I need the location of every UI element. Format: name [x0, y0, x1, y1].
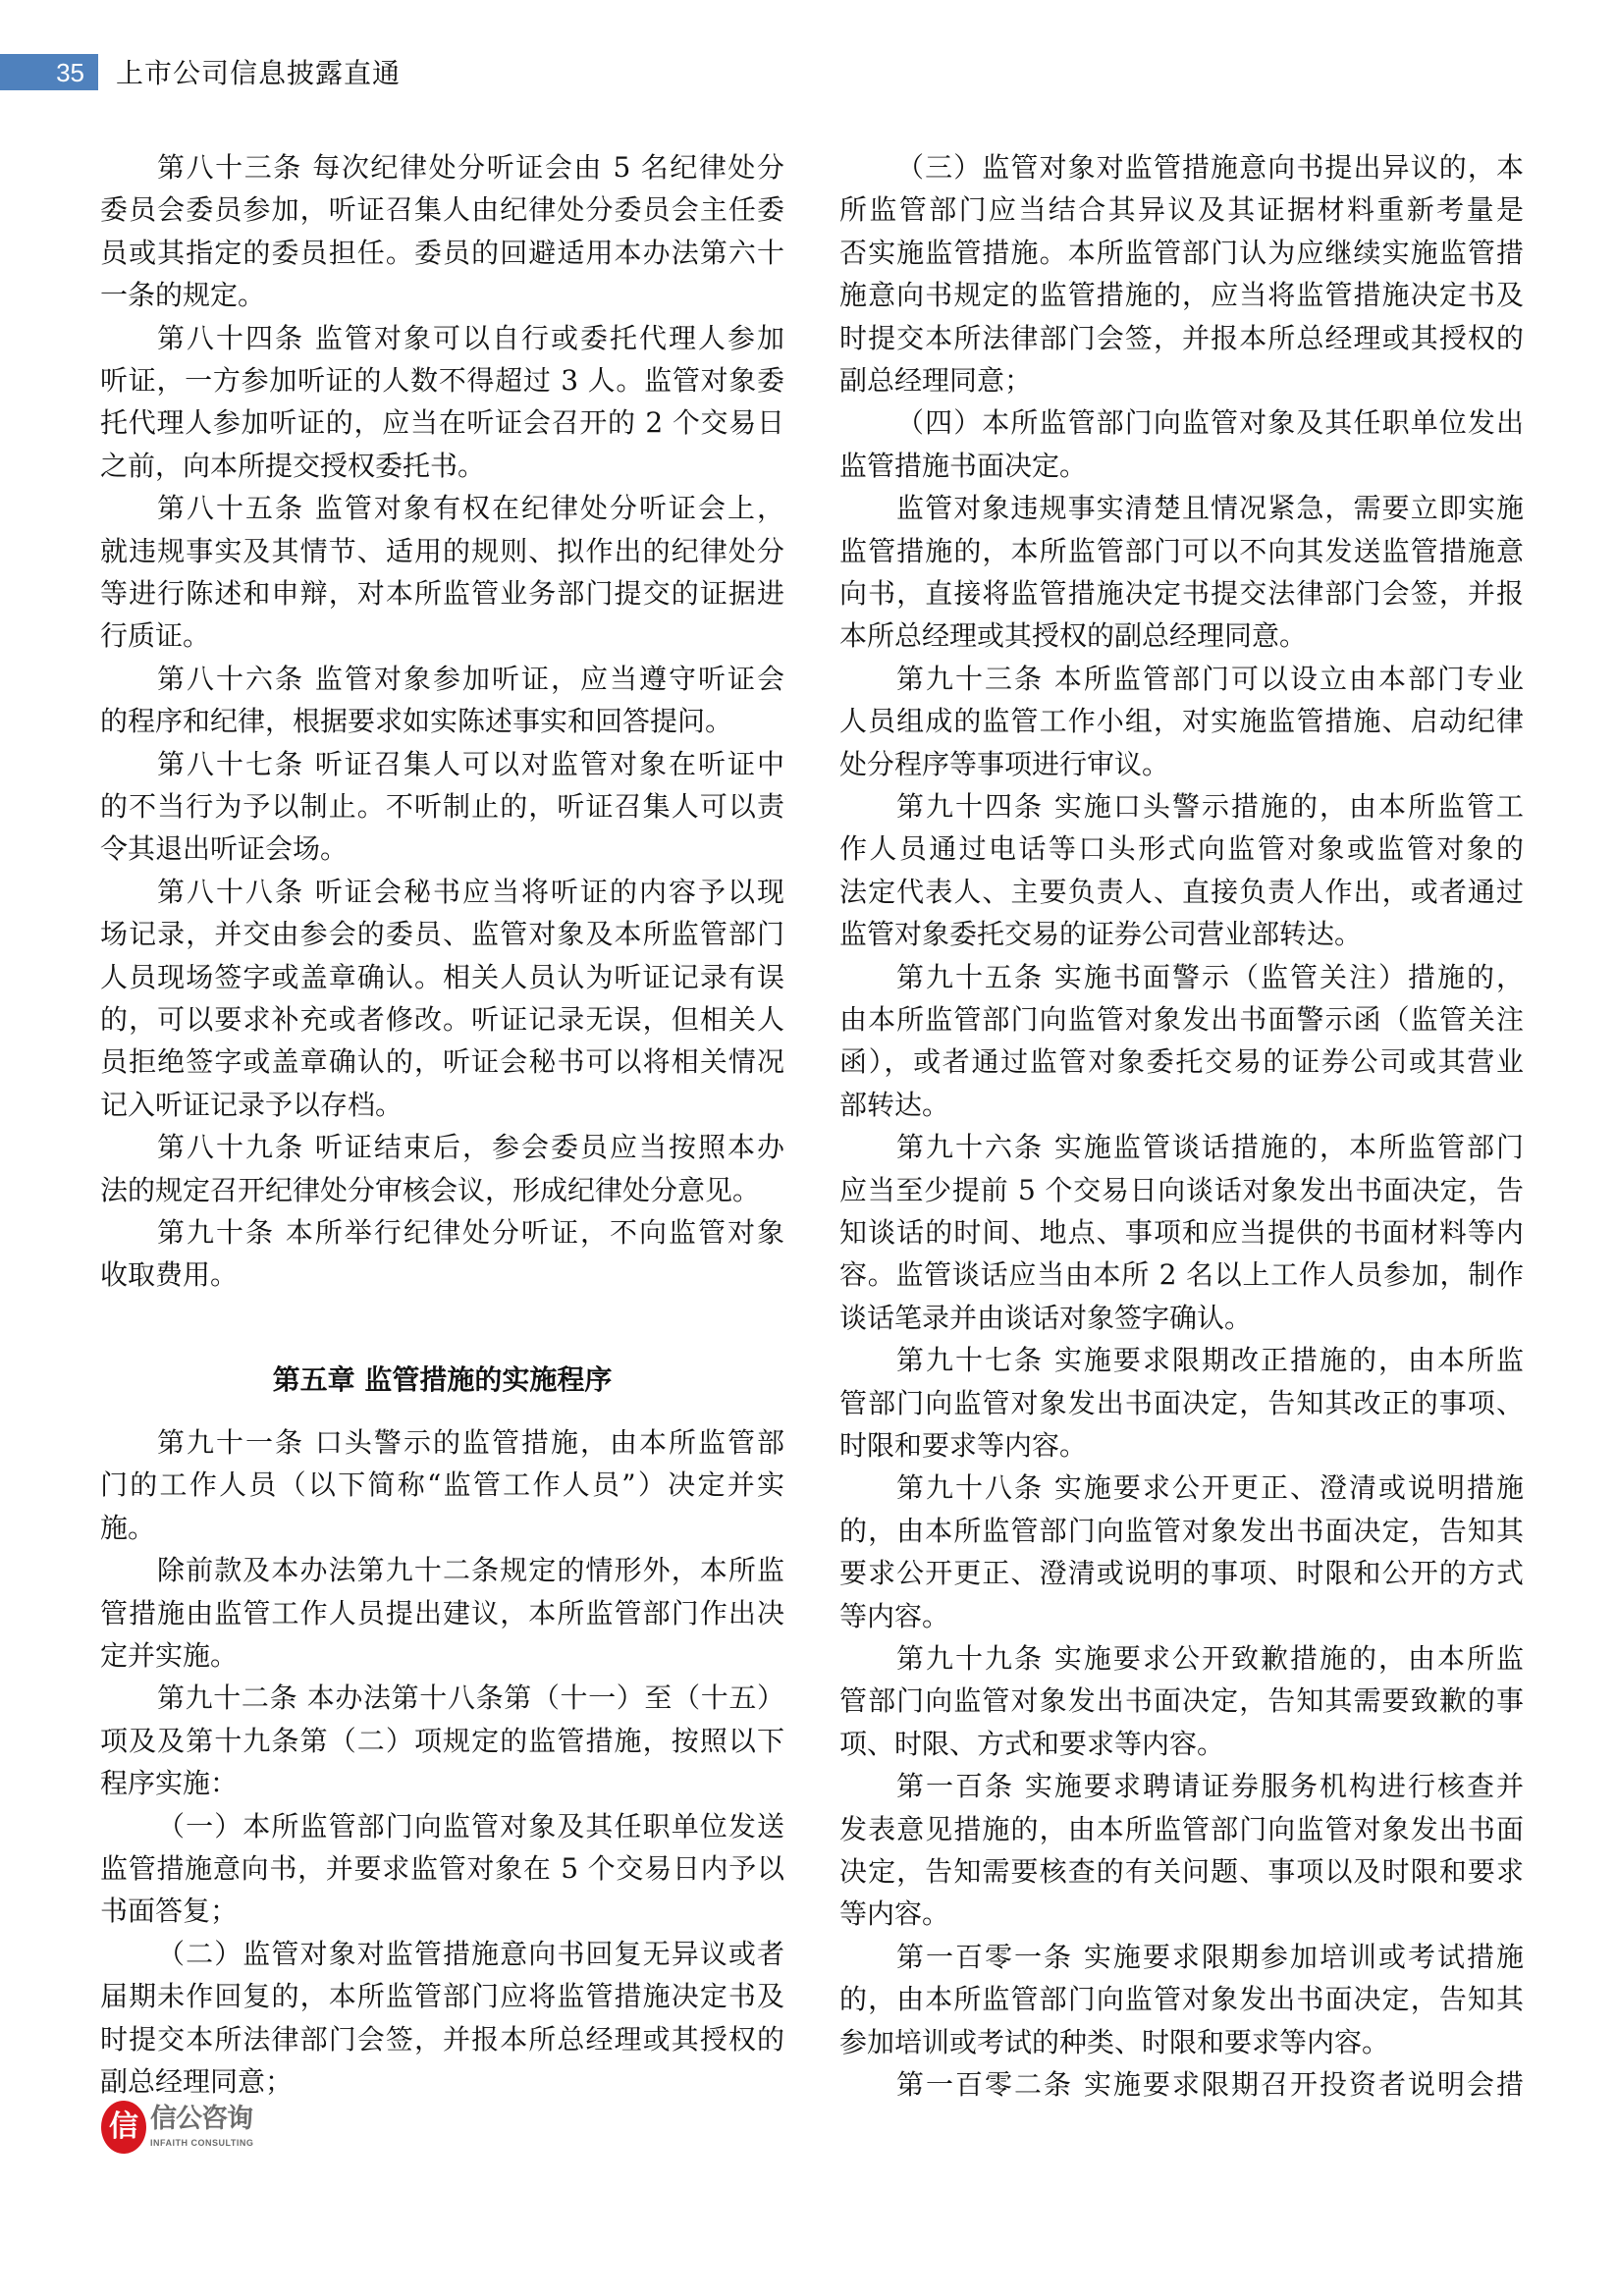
paragraph-first-line: 第八十七条 听证召集人可以对监管对象在听证中 — [100, 743, 784, 785]
text-line: 届期未作回复的，本所监管部门应将监管措施决定书及 — [100, 1975, 784, 2017]
text-line: 所监管部门应当结合其异议及其证据材料重新考量是 — [839, 188, 1524, 231]
paragraph-first-line: （二）监管对象对监管措施意向书回复无异议或者 — [100, 1933, 784, 1975]
text-line: 场记录，并交由参会的委员、监管对象及本所监管部门 — [100, 913, 784, 955]
paragraph-first-line: 第八十五条 监管对象有权在纪律处分听证会上， — [100, 487, 784, 529]
text-line: 管部门向监管对象发出书面决定，告知其改正的事项、 — [839, 1382, 1524, 1424]
logo-mark-glyph: 信 — [109, 2112, 138, 2142]
paragraph-first-line: 第九十七条 实施要求限期改正措施的，由本所监 — [839, 1339, 1524, 1381]
paragraph-first-line: 第九十三条 本所监管部门可以设立由本部门专业 — [839, 658, 1524, 700]
text-line: 法的规定召开纪律处分审核会议，形成纪律处分意见。 — [100, 1169, 784, 1211]
text-line: 要求公开更正、澄清或说明的事项、时限和公开的方式 — [839, 1552, 1524, 1594]
text-line: 函），或者通过监管对象委托交易的证券公司或其营业 — [839, 1041, 1524, 1083]
paragraph-first-line: 第一百零二条 实施要求限期召开投资者说明会措 — [839, 2063, 1524, 2106]
text-line: 副总经理同意； — [100, 2060, 784, 2103]
text-line: 谈话笔录并由谈话对象签字确认。 — [839, 1297, 1524, 1339]
paragraph-first-line: （四）本所监管部门向监管对象及其任职单位发出 — [839, 401, 1524, 444]
text-line: 一条的规定。 — [100, 274, 784, 316]
text-line: 定并实施。 — [100, 1634, 784, 1677]
text-line: 的程序和纪律，根据要求如实陈述事实和回答提问。 — [100, 700, 784, 742]
text-line: 项、时限、方式和要求等内容。 — [839, 1723, 1524, 1765]
text-line: 人员组成的监管工作小组，对实施监管措施、启动纪律 — [839, 700, 1524, 742]
paragraph-first-line: 第九十八条 实施要求公开更正、澄清或说明措施 — [839, 1467, 1524, 1509]
text-line: 的，可以要求补充或者修改。听证记录无误，但相关人 — [100, 998, 784, 1041]
text-line: 监管措施书面决定。 — [839, 445, 1524, 487]
text-line: 等内容。 — [839, 1893, 1524, 1935]
text-line: 施意向书规定的监管措施的，应当将监管措施决定书及 — [839, 274, 1524, 316]
paragraph-first-line: 第八十三条 每次纪律处分听证会由 5 名纪律处分 — [100, 146, 784, 188]
paragraph-first-line: 第一百零一条 实施要求限期参加培训或考试措施 — [839, 1936, 1524, 1978]
text-line: 法定代表人、主要负责人、直接负责人作出，或者通过 — [839, 871, 1524, 913]
infaith-logo-icon: 信 — [101, 2101, 146, 2154]
paragraph-first-line: 第九十二条 本办法第十八条第（十一）至（十五） — [100, 1677, 784, 1719]
paragraph-first-line: 第八十六条 监管对象参加听证，应当遵守听证会 — [100, 658, 784, 700]
text-line: 容。监管谈话应当由本所 2 名以上工作人员参加，制作 — [839, 1254, 1524, 1296]
text-line: 的不当行为予以制止。不听制止的，听证召集人可以责 — [100, 785, 784, 828]
text-line: 等进行陈述和申辩，对本所监管业务部门提交的证据进 — [100, 572, 784, 614]
paragraph-first-line: 第八十四条 监管对象可以自行或委托代理人参加 — [100, 317, 784, 359]
text-line: 时提交本所法律部门会签，并报本所总经理或其授权的 — [100, 2018, 784, 2060]
text-line: 员拒绝签字或盖章确认的，听证会秘书可以将相关情况 — [100, 1041, 784, 1083]
text-line: 应当至少提前 5 个交易日向谈话对象发出书面决定，告 — [839, 1169, 1524, 1211]
text-line: 管措施由监管工作人员提出建议，本所监管部门作出决 — [100, 1592, 784, 1634]
page-number: 35 — [56, 60, 84, 85]
paragraph-first-line: 第九十五条 实施书面警示（监管关注）措施的， — [839, 956, 1524, 998]
text-line: 监管对象委托交易的证券公司营业部转达。 — [839, 913, 1524, 955]
text-line: 向书，直接将监管措施决定书提交法律部门会签，并报 — [839, 572, 1524, 614]
text-line: 决定，告知需要核查的有关问题、事项以及时限和要求 — [839, 1850, 1524, 1893]
text-line: 管部门向监管对象发出书面决定，告知其需要致歉的事 — [839, 1680, 1524, 1722]
text-line: 人员现场签字或盖章确认。相关人员认为听证记录有误 — [100, 956, 784, 998]
text-line: 本所总经理或其授权的副总经理同意。 — [839, 614, 1524, 657]
text-line: 由本所监管部门向监管对象发出书面警示函（监管关注 — [839, 998, 1524, 1041]
publication-title: 上市公司信息披露直通 — [116, 55, 401, 91]
text-line: 之前，向本所提交授权委托书。 — [100, 445, 784, 487]
text-line: 时提交本所法律部门会签，并报本所总经理或其授权的 — [839, 317, 1524, 359]
paragraph-first-line: 第八十八条 听证会秘书应当将听证的内容予以现 — [100, 871, 784, 913]
text-line: 委员会委员参加，听证召集人由纪律处分委员会主任委 — [100, 188, 784, 231]
text-line: 的，由本所监管部门向监管对象发出书面决定，告知其 — [839, 1510, 1524, 1552]
text-line: 处分程序等事项进行审议。 — [839, 743, 1524, 785]
logo-name-en: INFAITH CONSULTING — [150, 2138, 253, 2148]
text-line: 项及及第十九条第（二）项规定的监管措施，按照以下 — [100, 1720, 784, 1762]
text-line: 副总经理同意； — [839, 359, 1524, 401]
text-line: 门的工作人员（以下简称“监管工作人员”）决定并实 — [100, 1464, 784, 1506]
paragraph-first-line: 第八十九条 听证结束后，参会委员应当按照本办 — [100, 1126, 784, 1168]
text-line: 监管措施的，本所监管部门可以不向其发送监管措施意 — [839, 530, 1524, 572]
paragraph-first-line: 除前款及本办法第九十二条规定的情形外，本所监 — [100, 1549, 784, 1591]
text-line: 参加培训或考试的种类、时限和要求等内容。 — [839, 2021, 1524, 2063]
paragraph-first-line: （一）本所监管部门向监管对象及其任职单位发送 — [100, 1805, 784, 1847]
text-line: 员或其指定的委员担任。委员的回避适用本办法第六十 — [100, 232, 784, 274]
footer-logo: 信 信公咨询 INFAITH CONSULTING — [101, 2099, 258, 2158]
paragraph-first-line: 第九十一条 口头警示的监管措施，由本所监管部 — [100, 1421, 784, 1464]
text-line: 行质证。 — [100, 614, 784, 657]
paragraph-first-line: 第九十四条 实施口头警示措施的，由本所监管工 — [839, 785, 1524, 828]
paragraph-first-line: 第九十条 本所举行纪律处分听证，不向监管对象 — [100, 1211, 784, 1254]
paragraph-first-line: 第九十六条 实施监管谈话措施的，本所监管部门 — [839, 1126, 1524, 1168]
text-line: 收取费用。 — [100, 1254, 784, 1296]
text-line: 部转达。 — [839, 1084, 1524, 1126]
paragraph-first-line: （三）监管对象对监管措施意向书提出异议的，本 — [839, 146, 1524, 188]
text-line: 记入听证记录予以存档。 — [100, 1084, 784, 1126]
text-line: 就违规事实及其情节、适用的规则、拟作出的纪律处分 — [100, 530, 784, 572]
chapter-heading: 第五章 监管措施的实施程序 — [100, 1361, 784, 1400]
text-line: 否实施监管措施。本所监管部门认为应继续实施监管措 — [839, 232, 1524, 274]
text-line: 令其退出听证会场。 — [100, 828, 784, 870]
text-line: 监管措施意向书，并要求监管对象在 5 个交易日内予以 — [100, 1847, 784, 1890]
page-number-badge: 35 — [0, 54, 98, 90]
text-line: 听证，一方参加听证的人数不得超过 3 人。监管对象委 — [100, 359, 784, 401]
paragraph-first-line: 第一百条 实施要求聘请证券服务机构进行核查并 — [839, 1765, 1524, 1807]
text-line: 程序实施： — [100, 1762, 784, 1804]
paragraph-first-line: 监管对象违规事实清楚且情况紧急，需要立即实施 — [839, 487, 1524, 529]
text-line: 施。 — [100, 1507, 784, 1549]
text-line: 等内容。 — [839, 1595, 1524, 1637]
logo-name-cn: 信公咨询 — [150, 2105, 252, 2134]
text-line: 书面答复； — [100, 1890, 784, 1932]
text-line: 托代理人参加听证的，应当在听证会召开的 2 个交易日 — [100, 401, 784, 444]
text-line: 的，由本所监管部门向监管对象发出书面决定，告知其 — [839, 1978, 1524, 2020]
text-line: 时限和要求等内容。 — [839, 1424, 1524, 1467]
text-line: 发表意见措施的，由本所监管部门向监管对象发出书面 — [839, 1808, 1524, 1850]
paragraph-first-line: 第九十九条 实施要求公开致歉措施的，由本所监 — [839, 1637, 1524, 1680]
text-line: 作人员通过电话等口头形式向监管对象或监管对象的 — [839, 828, 1524, 870]
text-line: 知谈话的时间、地点、事项和应当提供的书面材料等内 — [839, 1211, 1524, 1254]
